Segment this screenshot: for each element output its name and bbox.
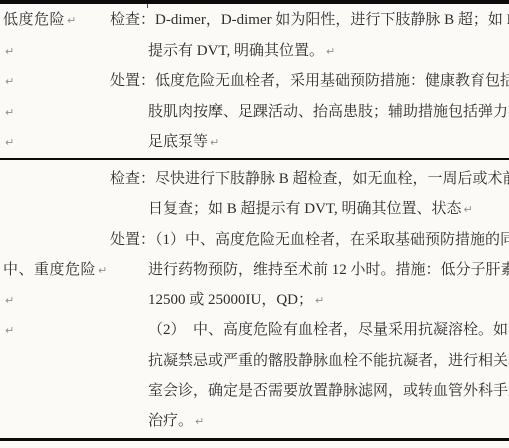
- disposal-text: 肢肌肉按摩、足踝活动、抬高患肢；辅助措施包括弹力袜、: [148, 104, 509, 120]
- mid-high-disposal-line-4: （2） 中、高度危险有血栓者，尽量采用抗凝溶栓。如有↵: [110, 315, 509, 345]
- disposal-text: 处置：低度危险无血栓者，采用基础预防措施：健康教育包括下: [110, 73, 509, 89]
- risk-label-column: 中、重度危险↵ ↵ ↵: [0, 160, 110, 438]
- empty-paragraph-line: ↵: [3, 66, 110, 97]
- paragraph-mark-icon: ↵: [326, 37, 335, 68]
- paragraph-mark-icon: ↵: [67, 6, 76, 37]
- risk-level-label-mid-high: 中、重度危险: [3, 262, 96, 278]
- check-text: 提示有 DVT, 明确其位置。: [148, 43, 324, 59]
- check-text: 日复查；如 B 超提示有 DVT, 明确其位置、状态: [148, 201, 461, 217]
- paragraph-mark-icon: ↵: [98, 256, 107, 286]
- mid-high-disposal-line-3: 12500 或 25000IU，QD；↵: [110, 285, 509, 315]
- mid-high-disposal-line-7: 治疗。↵: [110, 406, 509, 436]
- check-text: 检查：D-dimer，D-dimer 如为阳性，进行下肢静脉 B 超；如 B 超: [110, 12, 509, 28]
- risk-detail-column: 检查：尽快进行下肢静脉 B 超检查，如无血栓，一周后或术前一↵ 日复查；如 B …: [110, 160, 509, 438]
- paragraph-mark-icon: ↵: [5, 67, 14, 98]
- disposal-text: 进行药物预防，维持至术前 12 小时。措施：低分子肝素，: [148, 262, 509, 278]
- paragraph-mark-icon: ↵: [5, 316, 14, 346]
- disposal-text: 治疗。: [148, 413, 193, 429]
- paragraph-mark-icon: ↵: [195, 407, 204, 437]
- empty-line: [3, 346, 110, 376]
- low-risk-disposal-line-1: 处置：低度危险无血栓者，采用基础预防措施：健康教育包括下: [110, 66, 509, 97]
- table-bottom-border: [0, 438, 509, 441]
- paragraph-mark-icon: ↵: [5, 128, 14, 159]
- paragraph-mark-icon: ↵: [315, 286, 324, 316]
- risk-label-line: 低度危险↵: [3, 5, 110, 36]
- paragraph-mark-icon: ↵: [463, 195, 472, 225]
- mid-high-disposal-line-6: 室会诊，确定是否需要放置静脉滤网，或转血管外科手术: [110, 376, 509, 406]
- low-risk-disposal-line-2: 肢肌肉按摩、足踝活动、抬高患肢；辅助措施包括弹力袜、: [110, 97, 509, 128]
- risk-detail-column: 检查：D-dimer，D-dimer 如为阳性，进行下肢静脉 B 超；如 B 超…: [110, 4, 509, 158]
- empty-line: [3, 194, 110, 224]
- disposal-text: 抗凝禁忌或严重的髂股静脉血栓不能抗凝者，进行相关科: [148, 353, 509, 369]
- low-risk-disposal-line-3: 足底泵等↵: [110, 127, 509, 158]
- paragraph-mark-icon: ↵: [5, 98, 14, 129]
- risk-label-column: 低度危险↵ ↵ ↵ ↵ ↵: [0, 4, 110, 158]
- low-risk-check-line-1: 检查：D-dimer，D-dimer 如为阳性，进行下肢静脉 B 超；如 B 超…: [110, 5, 509, 36]
- empty-paragraph-line: ↵: [3, 97, 110, 128]
- check-text: 检查：尽快进行下肢静脉 B 超检查，如无血栓，一周后或术前一: [110, 171, 509, 187]
- empty-paragraph-line: ↵: [3, 315, 110, 345]
- disposal-text: （2） 中、高度危险有血栓者，尽量采用抗凝溶栓。如有: [148, 322, 509, 338]
- empty-paragraph-line: ↵: [3, 127, 110, 158]
- empty-line: [3, 225, 110, 255]
- disposal-text: 处置：（1）中、高度危险无血栓者，在采取基础预防措施的同时，: [110, 232, 509, 248]
- mid-high-disposal-line-2: 进行药物预防，维持至术前 12 小时。措施：低分子肝素，: [110, 255, 509, 285]
- mid-high-disposal-line-1: 处置：（1）中、高度危险无血栓者，在采取基础预防措施的同时，: [110, 225, 509, 255]
- table-row-mid-high-risk: 中、重度危险↵ ↵ ↵ 检查：尽快进行下肢静脉 B 超检查，如无血栓，一周后或术…: [0, 160, 509, 438]
- empty-line: [3, 164, 110, 194]
- low-risk-check-line-2: 提示有 DVT, 明确其位置。↵: [110, 36, 509, 67]
- paragraph-mark-icon: ↵: [210, 128, 219, 159]
- paragraph-mark-icon: ↵: [5, 286, 14, 316]
- table-row-low-risk: 低度危险↵ ↵ ↵ ↵ ↵ 检查：D-dimer，D-dimer 如为阳性，进行…: [0, 4, 509, 158]
- risk-level-label-low: 低度危险: [3, 12, 65, 28]
- empty-line: [3, 406, 110, 436]
- disposal-text: 12500 或 25000IU，QD；: [148, 292, 313, 308]
- disposal-text: 室会诊，确定是否需要放置静脉滤网，或转血管外科手术: [148, 383, 509, 399]
- risk-prevention-table-document: 低度危险↵ ↵ ↵ ↵ ↵ 检查：D-dimer，D-dimer 如为阳性，进行…: [0, 0, 509, 448]
- empty-line: [3, 376, 110, 406]
- empty-paragraph-line: ↵: [3, 285, 110, 315]
- risk-label-line: 中、重度危险↵: [3, 255, 110, 285]
- mid-high-check-line-2: 日复查；如 B 超提示有 DVT, 明确其位置、状态↵: [110, 194, 509, 224]
- mid-high-disposal-line-5: 抗凝禁忌或严重的髂股静脉血栓不能抗凝者，进行相关科: [110, 346, 509, 376]
- empty-paragraph-line: ↵: [3, 36, 110, 67]
- paragraph-mark-icon: ↵: [5, 37, 14, 68]
- mid-high-check-line-1: 检查：尽快进行下肢静脉 B 超检查，如无血栓，一周后或术前一↵: [110, 164, 509, 194]
- disposal-text: 足底泵等: [148, 134, 208, 150]
